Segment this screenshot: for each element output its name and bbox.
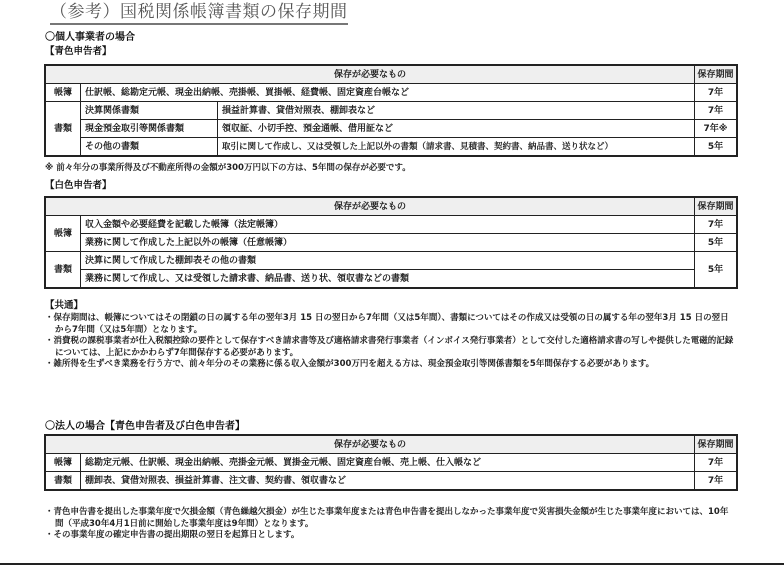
item-cell: 収入金額や必要経費を記載した帳簿（法定帳簿） <box>81 216 695 234</box>
table-row: 帳簿 総勘定元帳、仕訳帳、現金出納帳、売掛金元帳、買掛金元帳、固定資産台帳、売上… <box>45 454 737 472</box>
blue-filer-table: 保存が必要なもの 保存期間 帳簿 仕訳帳、総勘定元帳、現金出納帳、売掛帳、買掛帳… <box>44 64 738 157</box>
table-row: 書類 決算に関して作成した棚卸表その他の書類 5年 <box>45 252 737 270</box>
subitem-cell: 現金預金取引等関係書類 <box>81 120 218 138</box>
table-row: 書類 棚卸表、貸借対照表、損益計算書、注文書、契約書、領収書など 7年 <box>45 472 737 491</box>
table-row: 業務に関して作成した上記以外の帳簿（任意帳簿） 5年 <box>45 234 737 252</box>
subitem-cell: その他の書類 <box>81 138 218 157</box>
table-row: 帳簿 収入金額や必要経費を記載した帳簿（法定帳簿） 7年 <box>45 216 737 234</box>
table-header-row: 保存が必要なもの 保存期間 <box>45 197 737 216</box>
common-note: ・消費税の課税事業者が仕入税額控除の要件として保存すべき請求書等及び適格請求書発… <box>45 336 735 359</box>
corporate-table: 保存が必要なもの 保存期間 帳簿 総勘定元帳、仕訳帳、現金出納帳、売掛金元帳、買… <box>44 434 738 491</box>
white-filer-label: 【白色申告者】 <box>45 180 112 192</box>
period-cell: 7年 <box>695 454 738 472</box>
header-period: 保存期間 <box>695 197 738 216</box>
table-row: その他の書類 取引に関して作成し、又は受領した上記以外の書類（請求書、見積書、契… <box>45 138 737 157</box>
period-cell: 7年 <box>695 102 738 120</box>
period-cell: 7年 <box>695 216 738 234</box>
table-row: 帳簿 仕訳帳、総勘定元帳、現金出納帳、売掛帳、買掛帳、経費帳、固定資産台帳など … <box>45 84 737 102</box>
common-note: ・雑所得を生ずべき業務を行う方で、前々年分のその業務に係る収入金額が300万円を… <box>45 359 735 371</box>
table-row: 業務に関して作成し、又は受領した請求書、納品書、送り状、領収書などの書類 <box>45 270 737 289</box>
blue-filer-label: 【青色申告者】 <box>45 46 112 58</box>
individual-heading: 〇個人事業者の場合 <box>45 31 135 44</box>
period-cell: 5年 <box>695 252 738 289</box>
period-cell: 7年※ <box>695 120 738 138</box>
period-cell: 7年 <box>695 472 738 491</box>
page-title: （参考）国税関係帳簿書類の保存期間 <box>50 1 348 25</box>
item-cell: 領収証、小切手控、預金通帳、借用証など <box>218 120 695 138</box>
period-cell: 5年 <box>695 138 738 157</box>
item-cell: 業務に関して作成し、又は受領した請求書、納品書、送り状、領収書などの書類 <box>81 270 695 289</box>
table-row: 書類 決算関係書類 損益計算書、貸借対照表、棚卸表など 7年 <box>45 102 737 120</box>
corporate-note: ・青色申告書を提出した事業年度で欠損金額（青色繰越欠損金）が生じた事業年度または… <box>45 507 735 530</box>
period-cell: 7年 <box>695 84 738 102</box>
common-notes: ・保存期間は、帳簿についてはその閉鎖の日の属する年の翌年3月 15 日の翌日から… <box>45 313 735 371</box>
category-cell: 書類 <box>45 102 81 157</box>
item-cell: 仕訳帳、総勘定元帳、現金出納帳、売掛帳、買掛帳、経費帳、固定資産台帳など <box>81 84 695 102</box>
category-cell: 書類 <box>45 252 81 289</box>
item-cell: 棚卸表、貸借対照表、損益計算書、注文書、契約書、領収書など <box>81 472 695 491</box>
header-period: 保存期間 <box>695 65 738 84</box>
period-cell: 5年 <box>695 234 738 252</box>
table-header-row: 保存が必要なもの 保存期間 <box>45 435 737 454</box>
common-note: ・保存期間は、帳簿についてはその閉鎖の日の属する年の翌年3月 15 日の翌日から… <box>45 313 735 336</box>
corporate-notes: ・青色申告書を提出した事業年度で欠損金額（青色繰越欠損金）が生じた事業年度または… <box>45 507 735 542</box>
item-cell: 決算に関して作成した棚卸表その他の書類 <box>81 252 695 270</box>
header-items: 保存が必要なもの <box>45 435 695 454</box>
corporate-note: ・その事業年度の確定申告書の提出期限の翌日を起算日とします。 <box>45 530 735 542</box>
category-cell: 書類 <box>45 472 81 491</box>
bottom-divider <box>0 563 784 565</box>
subitem-cell: 決算関係書類 <box>81 102 218 120</box>
header-items: 保存が必要なもの <box>45 197 695 216</box>
category-cell: 帳簿 <box>45 216 81 252</box>
header-period: 保存期間 <box>695 435 738 454</box>
common-label: 【共通】 <box>45 300 83 312</box>
item-cell: 業務に関して作成した上記以外の帳簿（任意帳簿） <box>81 234 695 252</box>
header-items: 保存が必要なもの <box>45 65 695 84</box>
corporate-heading: 〇法人の場合【青色申告者及び白色申告者】 <box>45 420 245 433</box>
item-cell: 総勘定元帳、仕訳帳、現金出納帳、売掛金元帳、買掛金元帳、固定資産台帳、売上帳、仕… <box>81 454 695 472</box>
table-header-row: 保存が必要なもの 保存期間 <box>45 65 737 84</box>
document-page: （参考）国税関係帳簿書類の保存期間 〇個人事業者の場合 【青色申告者】 保存が必… <box>0 0 784 567</box>
item-cell: 損益計算書、貸借対照表、棚卸表など <box>218 102 695 120</box>
white-filer-table: 保存が必要なもの 保存期間 帳簿 収入金額や必要経費を記載した帳簿（法定帳簿） … <box>44 196 738 289</box>
blue-filer-note: ※ 前々年分の事業所得及び不動産所得の金額が300万円以下の方は、5年間の保存が… <box>45 163 411 175</box>
category-cell: 帳簿 <box>45 84 81 102</box>
table-row: 現金預金取引等関係書類 領収証、小切手控、預金通帳、借用証など 7年※ <box>45 120 737 138</box>
category-cell: 帳簿 <box>45 454 81 472</box>
item-cell: 取引に関して作成し、又は受領した上記以外の書類（請求書、見積書、契約書、納品書、… <box>218 138 695 157</box>
